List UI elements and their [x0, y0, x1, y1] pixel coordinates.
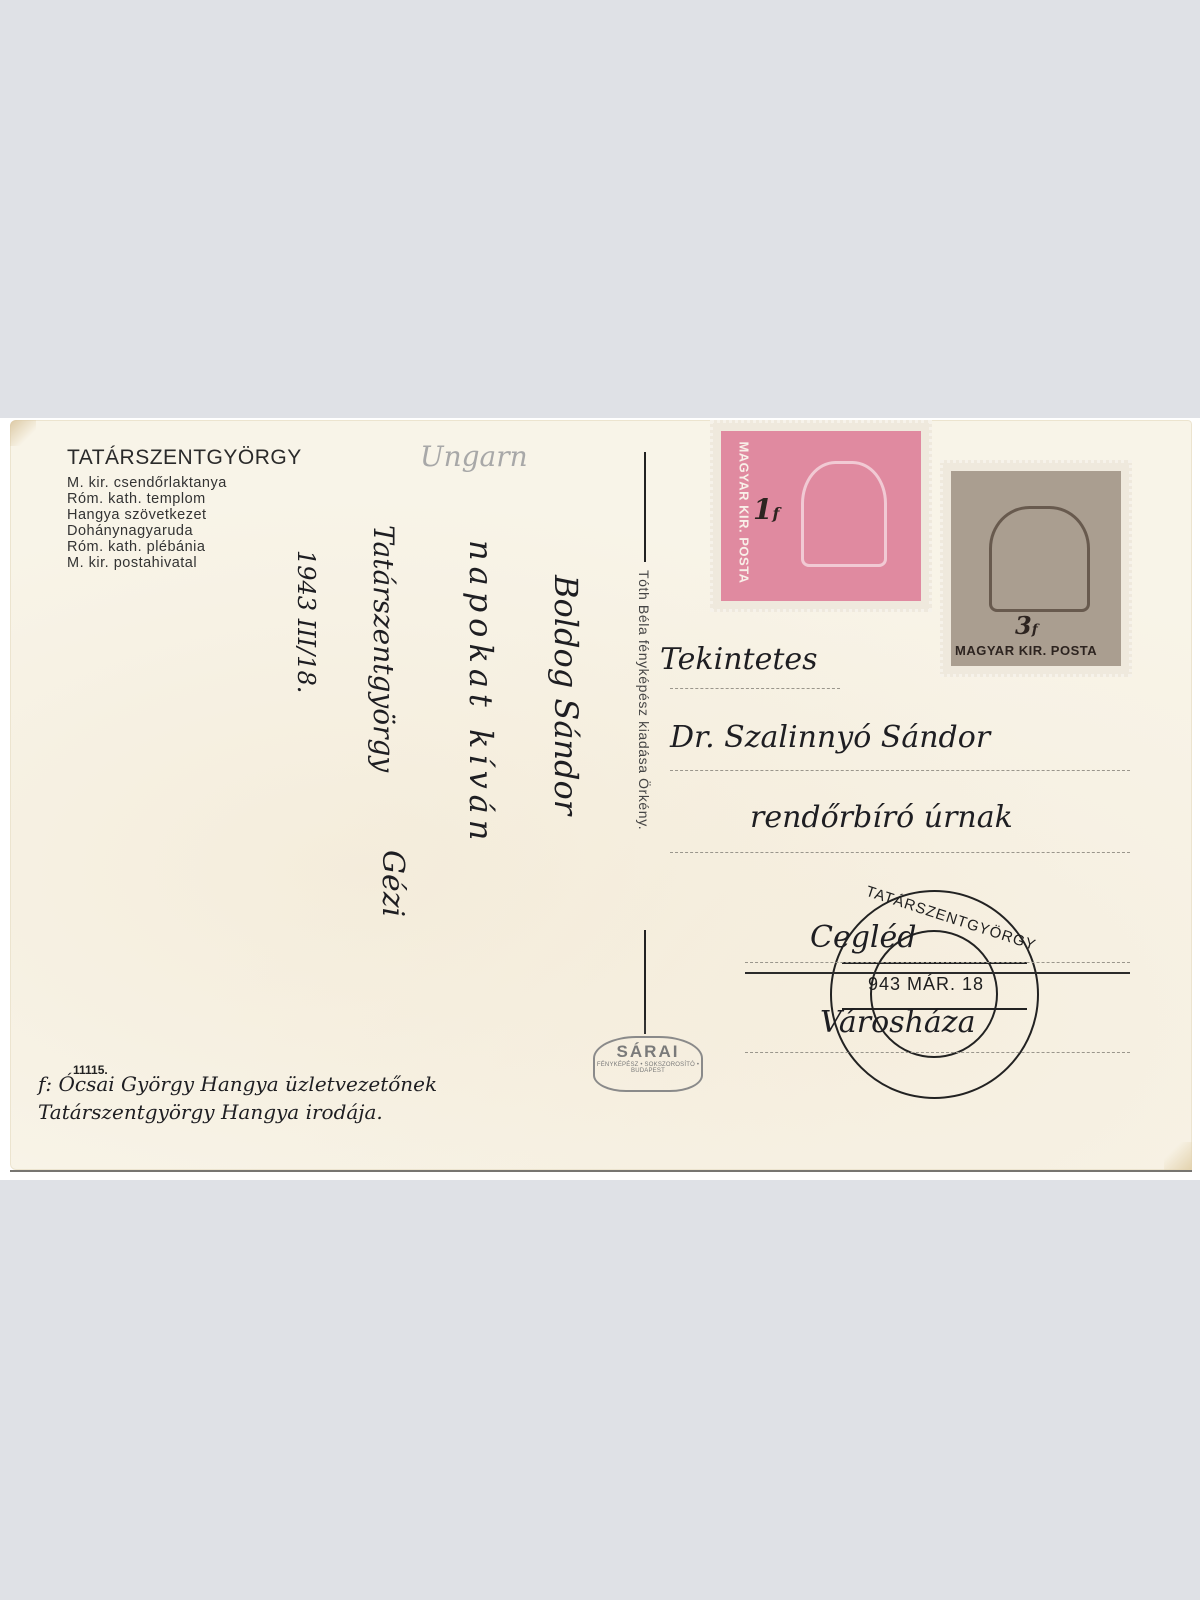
stamp-label: MAGYAR KIR. POSTA [955, 643, 1097, 658]
stamp-label: MAGYAR KIR. POSTA [737, 441, 752, 583]
stamp-2-filler: 3f MAGYAR KIR. POSTA [940, 460, 1132, 677]
pencil-note: Ungarn [420, 440, 528, 473]
address-street: Városháza [820, 1005, 976, 1040]
holy-crown-icon [989, 506, 1090, 612]
message-line-1: Boldog Sándor [547, 575, 585, 815]
worn-corner [1164, 1142, 1192, 1170]
address-line [670, 770, 1130, 771]
address-line [670, 852, 1130, 853]
center-divider [644, 452, 646, 562]
address-name: Dr. Szalinnyó Sándor [670, 720, 990, 755]
address-line [670, 688, 840, 689]
message-signature: Gézi [375, 850, 410, 917]
stamp-1-filler: MAGYAR KIR. POSTA 1f [710, 420, 932, 612]
card-edge [10, 1170, 1192, 1172]
stamp-value: 3f [1015, 611, 1038, 640]
place-item: Róm. kath. plébánia [67, 539, 227, 555]
message-line-3: Tatárszentgyörgy [367, 525, 400, 772]
stamp-value: 1f [753, 493, 779, 526]
address-underline [745, 972, 1130, 974]
stamp-image: MAGYAR KIR. POSTA 1f [721, 431, 921, 601]
address-salutation: Tekintetes [660, 642, 818, 677]
message-date: 1943 III/18. [292, 550, 320, 693]
center-divider [644, 930, 646, 1030]
printed-title: TATÁRSZENTGYÖRGY [67, 446, 302, 470]
postmark-date: 943 MÁR. 18 [868, 974, 984, 995]
worn-corner [10, 420, 36, 446]
address-line [745, 962, 1130, 963]
bottom-note-line-1: f: Ócsai György Hangya üzletvezetőnek [38, 1072, 437, 1096]
holy-crown-icon [801, 461, 887, 567]
bottom-note-line-2: Tatárszentgyörgy Hangya irodája. [38, 1100, 383, 1124]
address-line [745, 1052, 1130, 1053]
place-item: Dohánynagyaruda [67, 523, 227, 539]
place-item: M. kir. postahivatal [67, 555, 227, 571]
place-item: Hangya szövetkezet [67, 507, 227, 523]
printed-places-list: M. kir. csendőrlaktanya Róm. kath. templ… [67, 475, 227, 571]
address-title: rendőrbíró úrnak [750, 800, 1013, 835]
postcard: TATÁRSZENTGYÖRGY M. kir. csendőrlaktanya… [10, 420, 1192, 1170]
message-line-2: napokat kíván [462, 540, 500, 846]
place-item: Róm. kath. templom [67, 491, 227, 507]
address-city: Cegléd [810, 920, 916, 955]
place-item: M. kir. csendőrlaktanya [67, 475, 227, 491]
publisher-logo: SÁRAI FÉNYKÉPÉSZ • SOKSZOROSÍTÓ • BUDAPE… [593, 1036, 703, 1092]
stamp-image: 3f MAGYAR KIR. POSTA [951, 471, 1121, 666]
